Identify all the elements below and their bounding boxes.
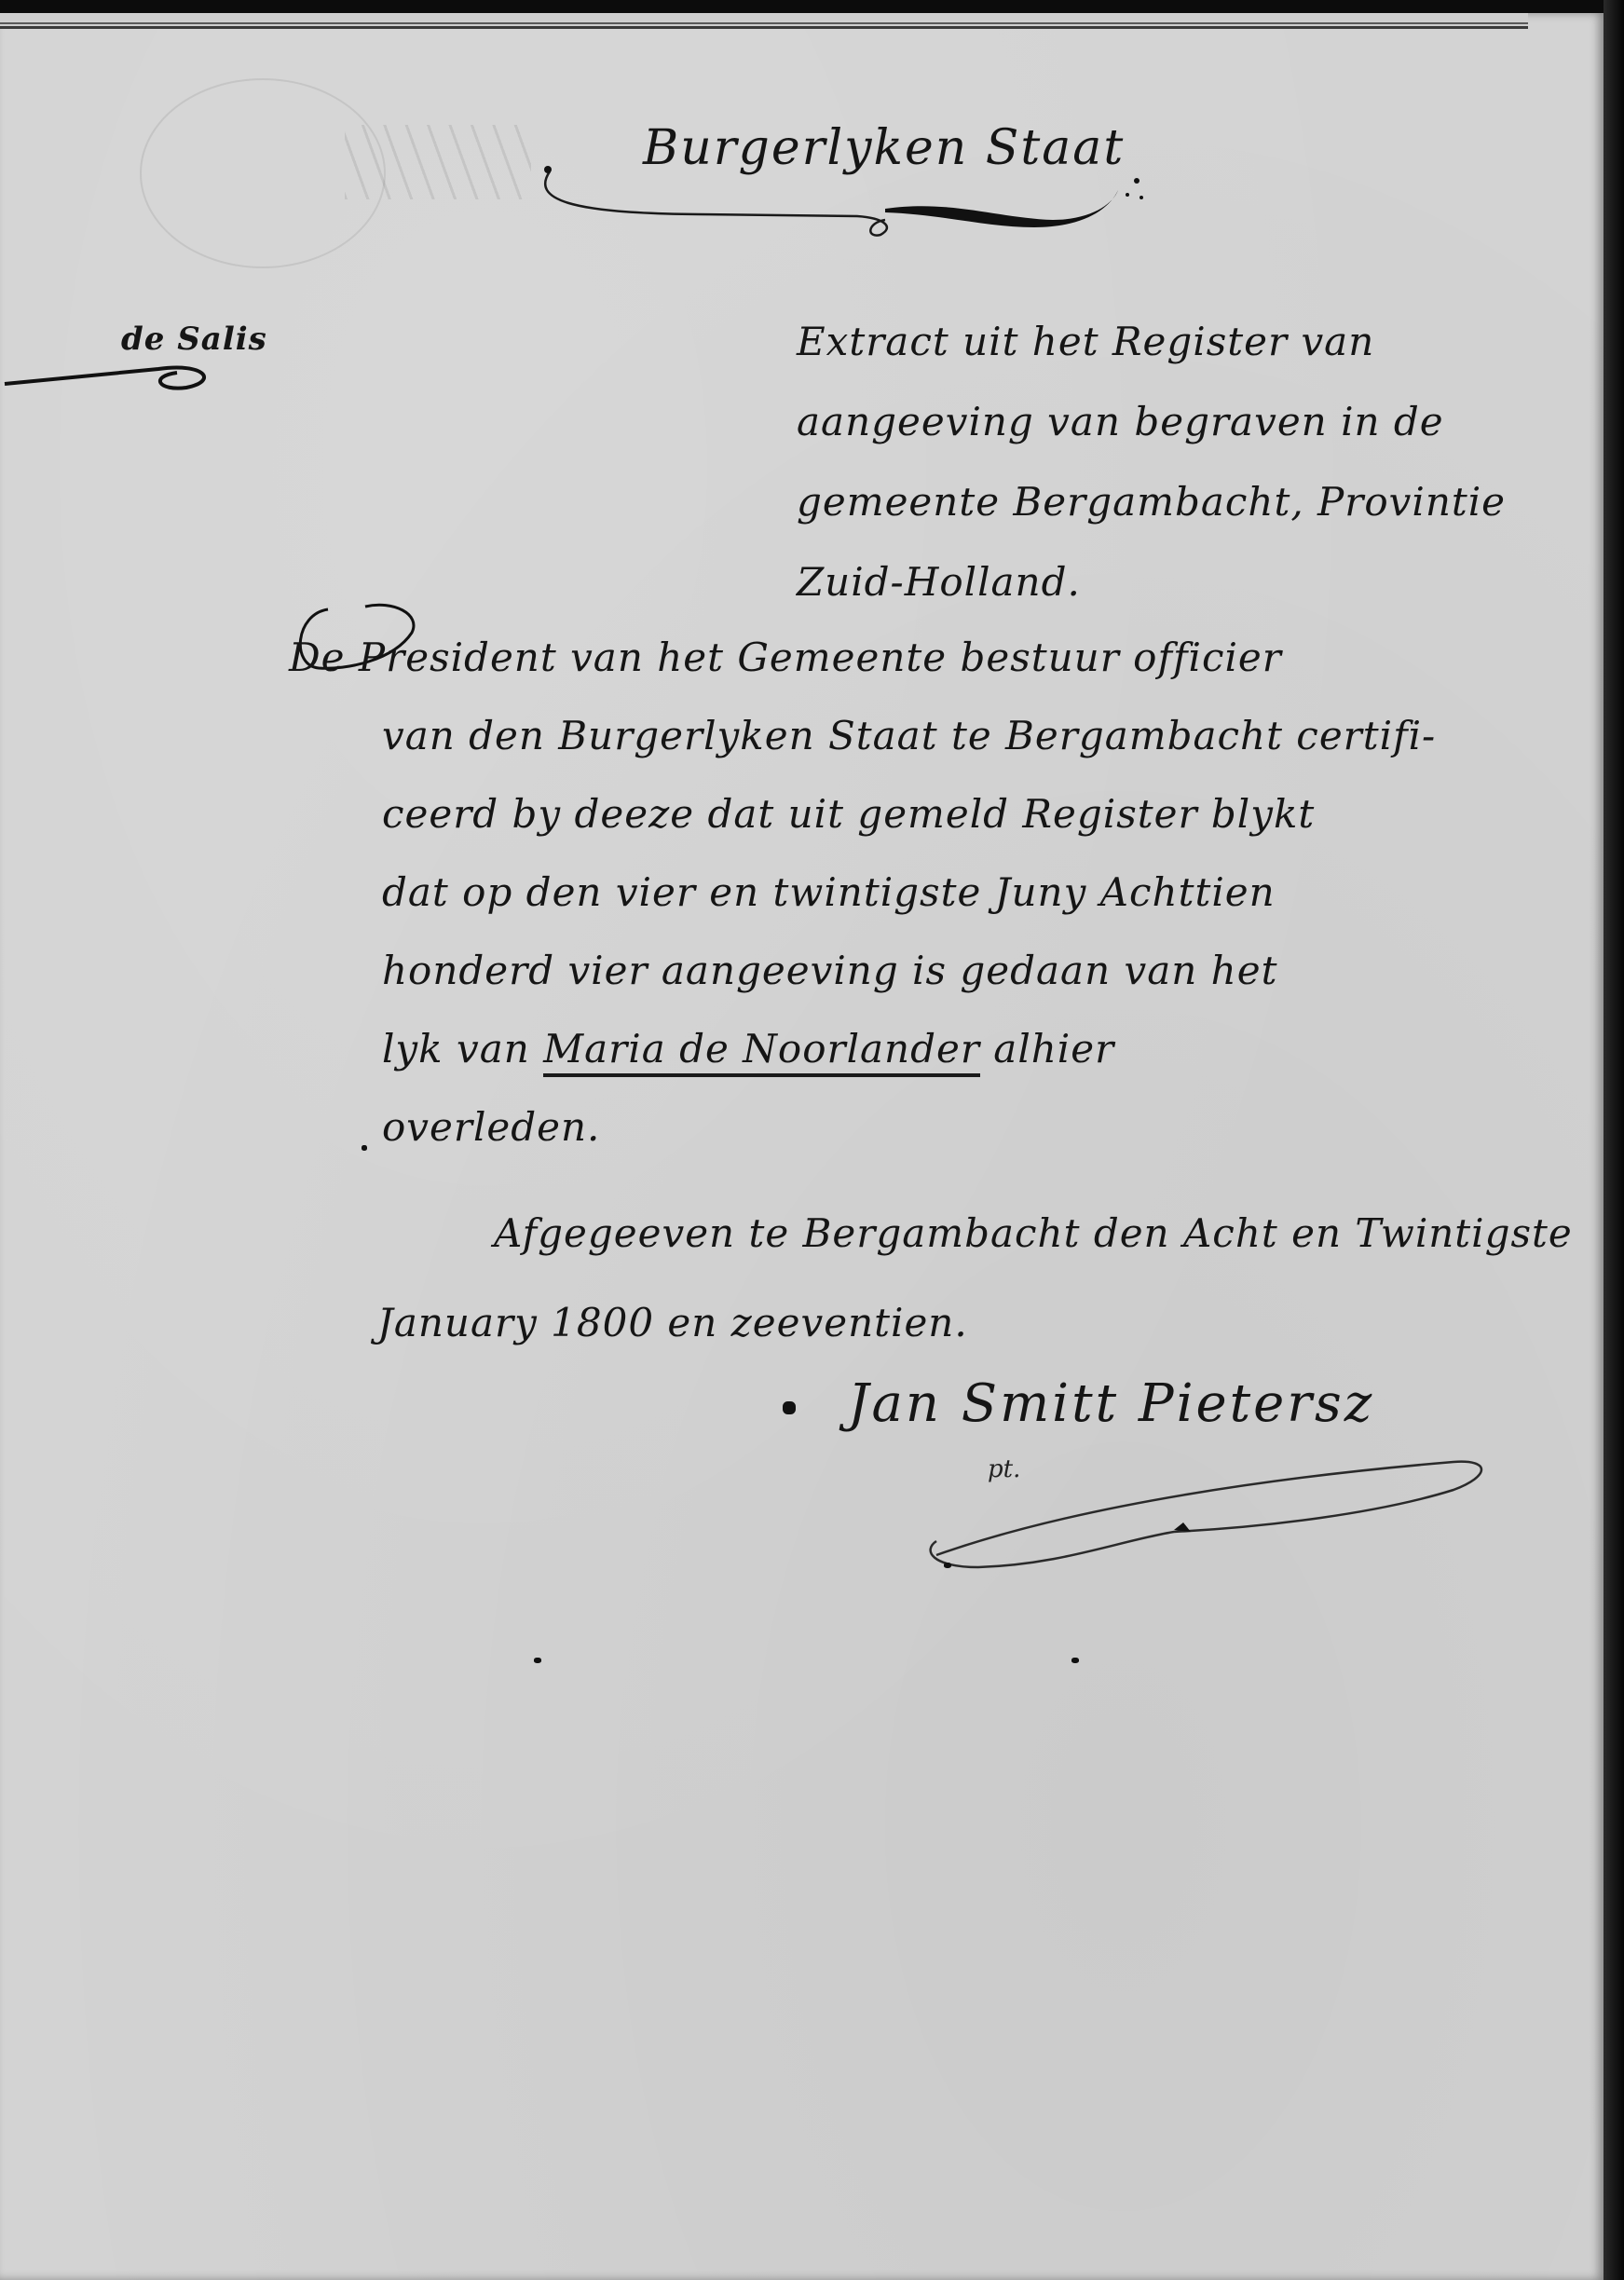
issuance-statement: Afgegeeven te Bergambacht den Acht en Tw… <box>391 1189 1573 1368</box>
body-text: alhier <box>993 1026 1114 1072</box>
paper-page: Burgerlyken Staat de Salis Extract uit h… <box>0 13 1604 2280</box>
margin-flourish-icon <box>0 348 224 395</box>
ink-speck <box>1071 1658 1079 1663</box>
header-line: Zuid-Holland. <box>797 542 1506 622</box>
header-line: aangeeving van begraven in de <box>797 382 1506 462</box>
deceased-name: Maria de Noorlander <box>543 1026 980 1077</box>
ink-speck <box>362 1145 367 1151</box>
scan-right-border <box>1604 0 1624 2280</box>
signature-flourish-icon <box>894 1448 1491 1569</box>
extract-header: Extract uit het Register van aangeeving … <box>797 302 1506 622</box>
certificate-body: De President van het Gemeente bestuur of… <box>289 619 1436 1167</box>
title-flourish-icon <box>531 153 1146 237</box>
header-line: gemeente Bergambacht, Provintie <box>797 462 1506 542</box>
body-line: van den Burgerlyken Staat te Bergambacht… <box>382 697 1436 775</box>
closing-line: Afgegeeven te Bergambacht den Acht en Tw… <box>494 1189 1573 1278</box>
body-line: honderd vier aangeeving is gedaan van he… <box>382 932 1436 1010</box>
body-text: lyk van <box>382 1026 530 1072</box>
closing-line: January 1800 en zeeventien. <box>377 1278 1573 1368</box>
body-line: overleden. <box>382 1088 1436 1167</box>
ink-speck <box>783 1401 796 1414</box>
body-line: dat op den vier en twintigste Juny Achtt… <box>382 853 1436 932</box>
body-line: ceerd by deeze dat uit gemeld Register b… <box>382 775 1436 853</box>
signature: Jan Smitt Pietersz <box>848 1373 1374 1434</box>
page-top-edge-line <box>0 22 1528 24</box>
ink-speck <box>944 1563 951 1568</box>
ink-bleedthrough-marks <box>345 125 531 199</box>
header-line: Extract uit het Register van <box>797 302 1506 382</box>
ink-speck <box>534 1658 541 1663</box>
scanned-document: Burgerlyken Staat de Salis Extract uit h… <box>0 0 1624 2280</box>
page-top-edge <box>0 13 1528 29</box>
body-line-deceased: lyk van Maria de Noorlander alhier <box>382 1010 1436 1088</box>
body-line: De President van het Gemeente bestuur of… <box>289 619 1436 697</box>
